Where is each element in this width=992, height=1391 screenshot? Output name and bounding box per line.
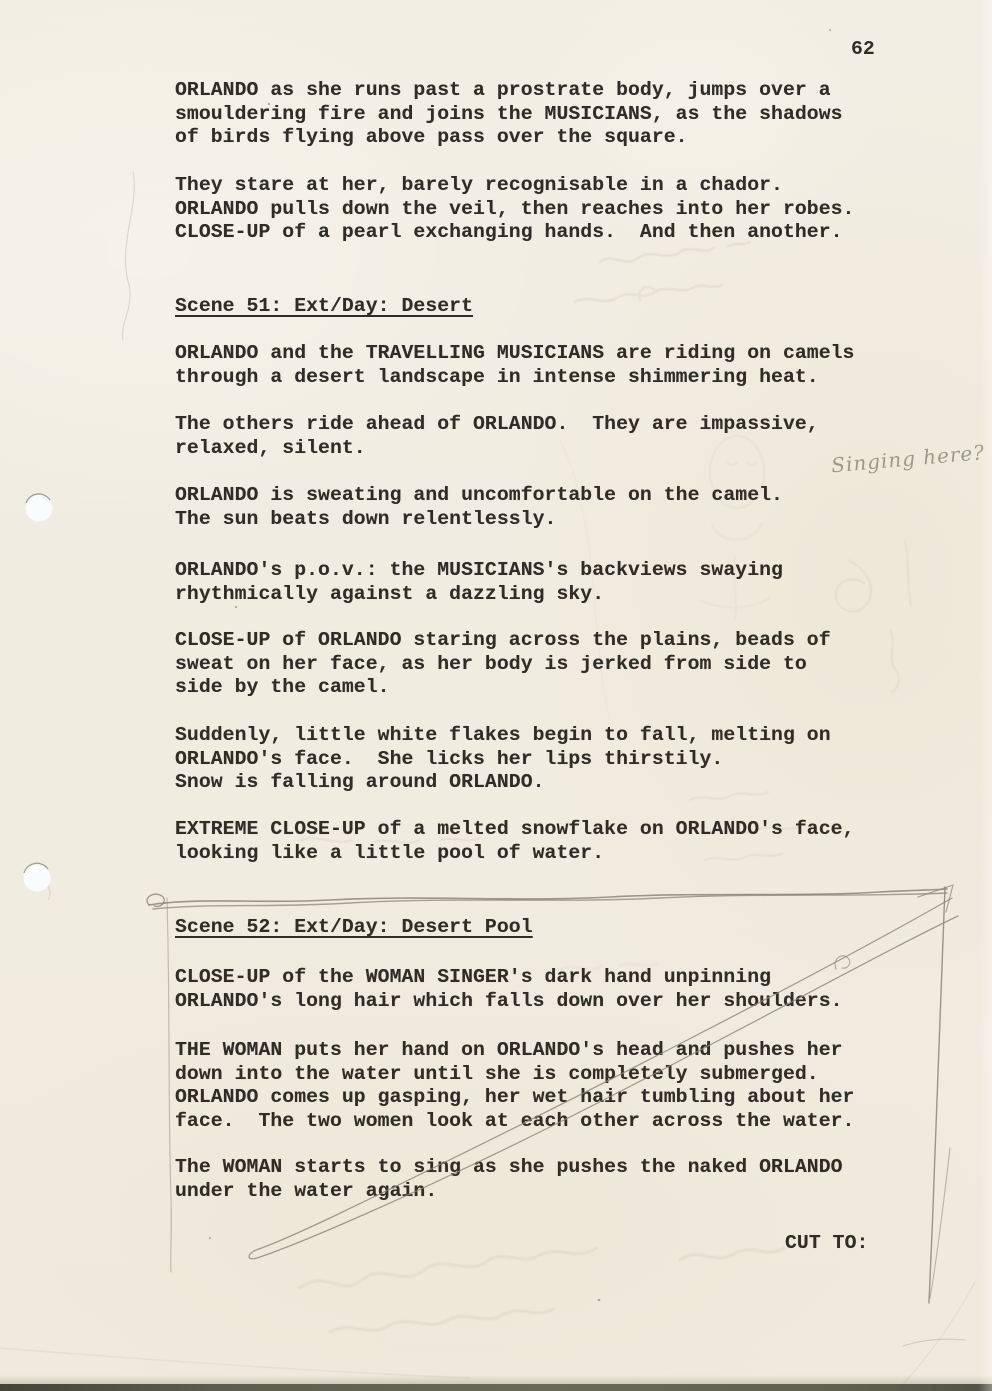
action-paragraph: The others ride ahead of ORLANDO. They a… xyxy=(175,413,819,460)
action-paragraph: THE WOMAN puts her hand on ORLANDO's hea… xyxy=(175,1039,854,1134)
action-paragraph: ORLANDO's p.o.v.: the MUSICIANS's backvi… xyxy=(175,559,783,606)
transition-cut-to: CUT TO: xyxy=(785,1232,868,1256)
action-paragraph: CLOSE-UP of ORLANDO staring across the p… xyxy=(175,629,831,700)
action-paragraph: CLOSE-UP of the WOMAN SINGER's dark hand… xyxy=(175,966,843,1013)
action-paragraph: The WOMAN starts to sing as she pushes t… xyxy=(175,1156,843,1203)
action-paragraph: Suddenly, little white flakes begin to f… xyxy=(175,724,831,795)
action-paragraph: ORLANDO is sweating and uncomfortable on… xyxy=(175,484,783,531)
action-paragraph: ORLANDO as she runs past a prostrate bod… xyxy=(175,79,843,150)
page-bottom-edge xyxy=(0,1384,992,1391)
action-paragraph: ORLANDO and the TRAVELLING MUSICIANS are… xyxy=(175,342,854,389)
action-paragraph: They stare at her, barely recognisable i… xyxy=(175,174,854,245)
scene-heading-51: Scene 51: Ext/Day: Desert xyxy=(175,295,473,319)
action-paragraph: EXTREME CLOSE-UP of a melted snowflake o… xyxy=(175,818,854,865)
page-number: 62 xyxy=(851,38,875,60)
page-right-edge xyxy=(978,0,992,1391)
page-bottom-shadow xyxy=(0,1375,992,1384)
scene-heading-52: Scene 52: Ext/Day: Desert Pool xyxy=(175,916,533,940)
screenplay-page: { "document": { "page_number": "62", "bl… xyxy=(0,0,992,1391)
typescript: 62 ORLANDO as she runs past a prostrate … xyxy=(0,0,992,1391)
